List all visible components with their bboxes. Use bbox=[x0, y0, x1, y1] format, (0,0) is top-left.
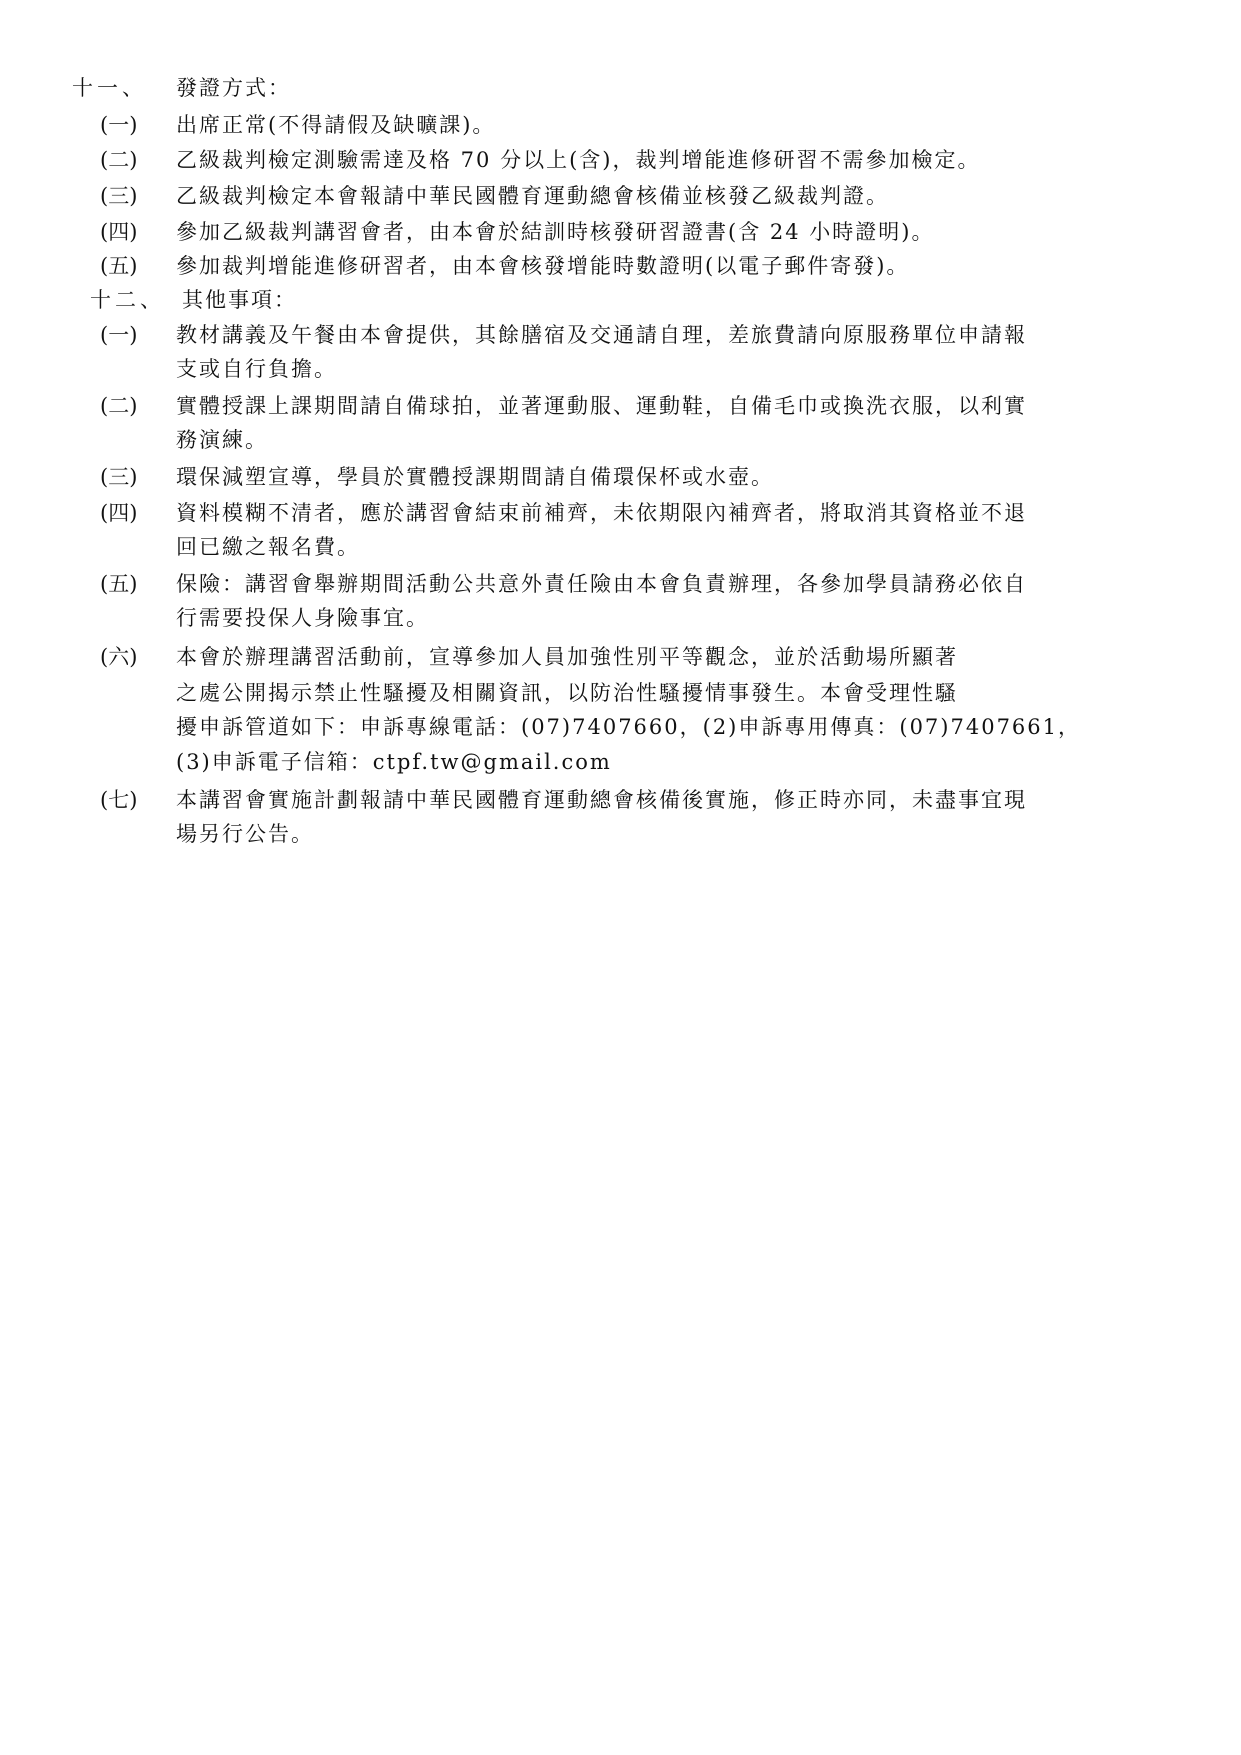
item-text: 之處公開揭示禁止性騷擾及相關資訊，以防治性騷擾情事發生。本會受理性騷 bbox=[176, 679, 958, 707]
item-text: 參加乙級裁判講習會者，由本會於結訓時核發研習證書(含 24 小時證明)。 bbox=[176, 218, 934, 246]
item-text: 資料模糊不清者，應於講習會結束前補齊，未依期限內補齊者，將取消其資格並不退 bbox=[176, 499, 1027, 527]
item-text: 本講習會實施計劃報請中華民國體育運動總會核備後實施，修正時亦同，未盡事宜現 bbox=[176, 786, 1027, 814]
item-label: (七) bbox=[100, 786, 137, 814]
item-text: 務演練。 bbox=[176, 426, 268, 454]
item-text: 行需要投保人身險事宜。 bbox=[176, 604, 429, 632]
email-line: (3)申訴電子信箱：ctpf.tw@gmail.com bbox=[176, 748, 612, 776]
section-title: 發證方式： bbox=[176, 74, 291, 102]
item-text: 出席正常(不得請假及缺曠課)。 bbox=[176, 111, 495, 139]
item-text: 擾申訴管道如下：申訴專線電話：(07)7407660，(2)申訴專用傳真：(07… bbox=[176, 713, 1081, 741]
item-text: 乙級裁判檢定測驗需達及格 70 分以上(含)，裁判增能進修研習不需參加檢定。 bbox=[176, 146, 980, 174]
item-label: (三) bbox=[100, 463, 137, 491]
item-text: 場另行公告。 bbox=[176, 820, 314, 848]
item-label: (五) bbox=[100, 252, 137, 280]
section-title: 其他事項： bbox=[182, 286, 297, 314]
item-text: 參加裁判增能進修研習者，由本會核發增能時數證明(以電子郵件寄發)。 bbox=[176, 252, 909, 280]
item-label: (三) bbox=[100, 182, 137, 210]
item-label: (五) bbox=[100, 570, 137, 598]
item-text: 支或自行負擔。 bbox=[176, 355, 337, 383]
item-text: 教材講義及午餐由本會提供，其餘膳宿及交通請自理，差旅費請向原服務單位申請報 bbox=[176, 321, 1027, 349]
item-label: (一) bbox=[100, 111, 137, 139]
item-label: (四) bbox=[100, 218, 137, 246]
section-number: 十二、 bbox=[90, 286, 165, 314]
item-text: 保險：講習會舉辦期間活動公共意外責任險由本會負責辦理，各參加學員請務必依自 bbox=[176, 570, 1027, 598]
section-number: 十一、 bbox=[72, 74, 147, 102]
item-label: (四) bbox=[100, 499, 137, 527]
item-text: 實體授課上課期間請自備球拍，並著運動服、運動鞋，自備毛巾或換洗衣服，以利實 bbox=[176, 392, 1027, 420]
item-text: 乙級裁判檢定本會報請中華民國體育運動總會核備並核發乙級裁判證。 bbox=[176, 182, 889, 210]
item-text: 回已繳之報名費。 bbox=[176, 533, 360, 561]
item-label: (二) bbox=[100, 146, 137, 174]
item-label: (六) bbox=[100, 643, 137, 671]
item-text: 環保減塑宣導，學員於實體授課期間請自備環保杯或水壺。 bbox=[176, 463, 774, 491]
item-label: (二) bbox=[100, 392, 137, 420]
item-text: 本會於辦理講習活動前，宣導參加人員加強性別平等觀念，並於活動場所顯著 bbox=[176, 643, 958, 671]
item-label: (一) bbox=[100, 321, 137, 349]
